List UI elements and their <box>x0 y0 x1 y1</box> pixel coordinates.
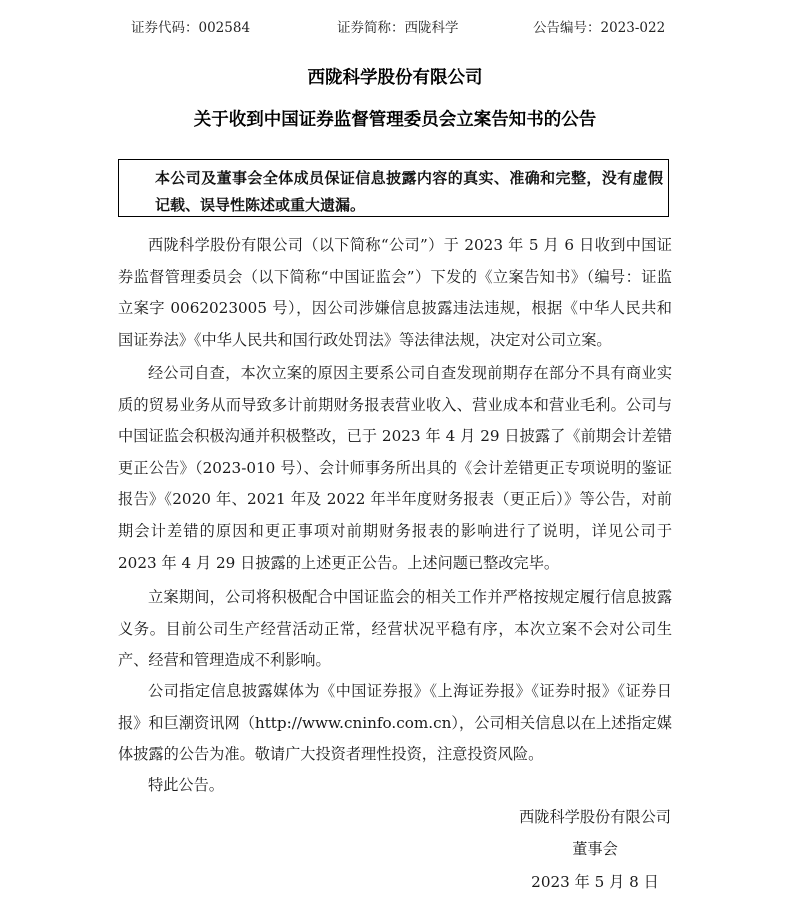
paragraph-closing: 特此公告。 <box>118 770 672 802</box>
paragraph-self-inspection: 经公司自查，本次立案的原因主要系公司自查发现前期存在部分不具有商业实质的贸易业务… <box>118 358 672 579</box>
signature-date: 2023 年 5 月 8 日 <box>490 871 700 892</box>
board-guarantee-notice-box: 本公司及董事会全体成员保证信息披露内容的真实、准确和完整，没有虚假记载、误导性陈… <box>118 159 669 217</box>
paragraph-text: 立案期间，公司将积极配合中国证监会的相关工作并严格按规定履行信息披露义务。目前公… <box>118 582 672 677</box>
company-title: 西陇科学股份有限公司 <box>0 64 790 89</box>
stock-short-name: 证券简称：西陇科学 <box>337 16 459 36</box>
paragraph-text: 经公司自查，本次立案的原因主要系公司自查发现前期存在部分不具有商业实质的贸易业务… <box>118 358 672 579</box>
paragraph-cooperation: 立案期间，公司将积极配合中国证监会的相关工作并严格按规定履行信息披露义务。目前公… <box>118 582 672 677</box>
announcement-title: 关于收到中国证券监督管理委员会立案告知书的公告 <box>0 106 790 131</box>
paragraph-text: 特此公告。 <box>118 770 672 802</box>
paragraph-text: 西陇科学股份有限公司（以下简称“公司”）于 2023 年 5 月 6 日收到中国… <box>118 230 672 356</box>
announcement-number: 公告编号：2023-022 <box>533 16 665 36</box>
document-header: 证券代码：002584 证券简称：西陇科学 公告编号：2023-022 <box>0 14 790 36</box>
signature-board: 董事会 <box>490 838 700 859</box>
signature-company: 西陇科学股份有限公司 <box>490 806 700 827</box>
board-guarantee-notice-text: 本公司及董事会全体成员保证信息披露内容的真实、准确和完整，没有虚假记载、误导性陈… <box>125 165 663 219</box>
stock-code: 证券代码：002584 <box>131 16 250 36</box>
paragraph-investigation-notice: 西陇科学股份有限公司（以下简称“公司”）于 2023 年 5 月 6 日收到中国… <box>118 230 672 356</box>
paragraph-disclosure-media: 公司指定信息披露媒体为《中国证券报》《上海证券报》《证券时报》《证券日报》和巨潮… <box>118 676 672 771</box>
paragraph-text: 公司指定信息披露媒体为《中国证券报》《上海证券报》《证券时报》《证券日报》和巨潮… <box>118 676 672 771</box>
